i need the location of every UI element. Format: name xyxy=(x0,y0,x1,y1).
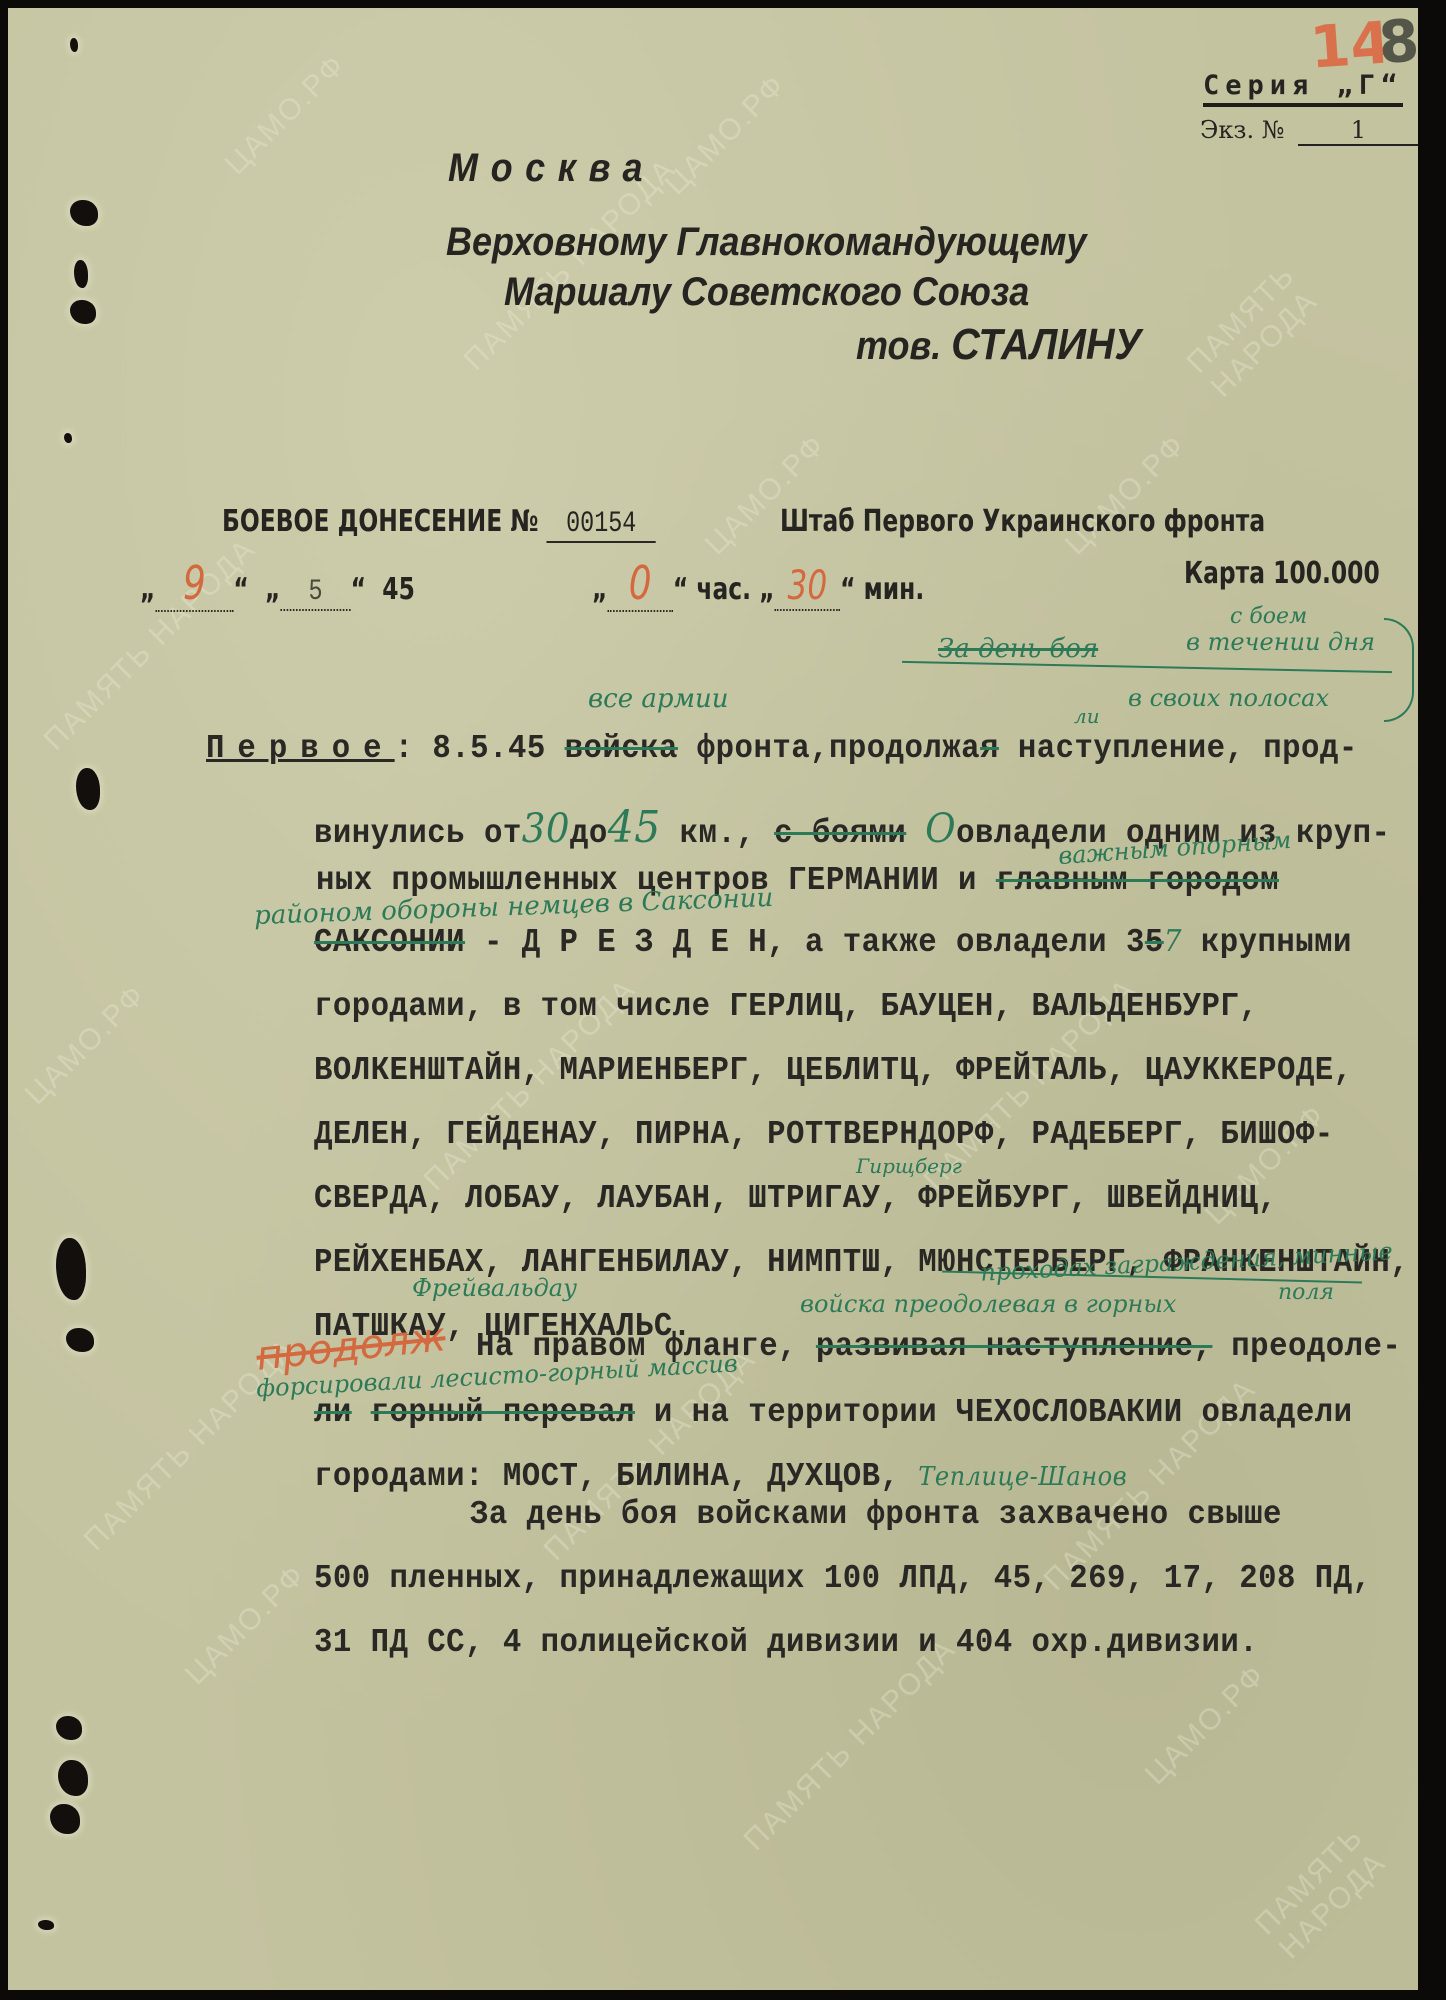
punch-hole xyxy=(56,1716,82,1740)
date-month: 5 xyxy=(280,575,350,611)
annotation-line xyxy=(902,661,1392,673)
annotation-text: поля xyxy=(1278,1280,1334,1305)
punch-hole xyxy=(70,200,98,226)
punch-hole xyxy=(74,260,88,288)
paragraph-2-line-2: ли горный перевал и на территории ЧЕХОСЛ… xyxy=(314,1394,1353,1431)
paragraph-1-line-7: ДЕЛЕН, ГЕЙДЕНАУ, ПИРНА, РОТТВЕРНДОРФ, РА… xyxy=(314,1116,1334,1153)
annotation-text: Фрейвальдау xyxy=(412,1274,577,1302)
watermark: ПАМЯТЬ НАРОДА xyxy=(1249,1798,1417,1966)
series-label: Серия „Г“ xyxy=(1203,70,1403,107)
paragraph-3-line-2: 500 пленных, принадлежащих 100 ЛПД, 45, … xyxy=(314,1560,1371,1597)
annotation-text: в течении дня xyxy=(1186,628,1375,656)
address-city: Москва xyxy=(448,146,655,191)
address-line2: Маршалу Советского Союза xyxy=(504,270,1029,315)
punch-hole xyxy=(56,1238,86,1300)
punch-hole xyxy=(64,433,72,443)
address-line1: Верховному Главнокомандующему xyxy=(446,220,1086,265)
paragraph-3-line-3: 31 ПД СС, 4 полицейской дивизии и 404 ох… xyxy=(314,1624,1258,1661)
annotation-text: Гирщберг xyxy=(856,1154,962,1178)
paragraph-1-line-8: СВЕРДА, ЛОБАУ, ЛАУБАН, ШТРИГАУ, ФРЕЙБУРГ… xyxy=(314,1180,1277,1217)
report-date: „9“ „5“ 45 xyxy=(140,556,415,612)
annotation-text: в своих полосах xyxy=(1128,684,1329,712)
document-page: ЦАМО.РФ ЦАМО.РФ ПАМЯТЬ НАРОДА ПАМЯТЬ НАР… xyxy=(8,8,1418,1990)
date-day: 9 xyxy=(155,556,233,612)
paragraph-1-line-1: Первое: 8.5.45 войска фронта,продолжая н… xyxy=(206,730,1358,767)
time-hour: 0 xyxy=(607,556,673,612)
date-year: 45 xyxy=(382,572,415,607)
punch-hole xyxy=(76,768,100,810)
punch-hole xyxy=(38,1920,54,1930)
annotation-text: ли xyxy=(1074,704,1100,728)
punch-hole xyxy=(70,300,96,324)
annotation-text: войска преодолевая в горных xyxy=(800,1290,1176,1318)
time-minute: 30 xyxy=(775,563,841,611)
copy-number: Экз. №1 xyxy=(1200,116,1418,146)
paragraph-1-line-6: ВОЛКЕНШТАЙН, МАРИЕНБЕРГ, ЦЕБЛИТЦ, ФРЕЙТА… xyxy=(314,1052,1353,1089)
watermark: ЦАМО.РФ xyxy=(179,1558,313,1692)
watermark: ПАМЯТЬ НАРОДА xyxy=(738,1632,963,1857)
annotation-text: все армии xyxy=(588,684,729,714)
map-scale: Карта 100.000 xyxy=(1184,556,1380,591)
paragraph-3-line-1: За день боя войсками фронта захвачено св… xyxy=(470,1496,1282,1533)
report-time: „0“ час. „30“ мин. xyxy=(592,556,924,612)
punch-hole xyxy=(70,38,78,52)
watermark: ЦАМО.РФ xyxy=(699,428,833,562)
annotation-bracket xyxy=(1384,618,1414,722)
report-number: 00154 xyxy=(547,507,656,543)
watermark: ЦАМО.РФ xyxy=(1139,1658,1273,1792)
watermark: ПАМЯТЬ НАРОДА xyxy=(1181,180,1406,405)
report-title: БОЕВОЕ ДОНЕСЕНИЕ № 00154 xyxy=(222,504,656,543)
watermark: ЦАМО.РФ xyxy=(659,68,793,202)
paragraph-1-line-4: САКСОНИИ - Д Р Е З Д Е Н, а также овладе… xyxy=(314,924,1352,961)
paragraph-1-line-5: городами, в том числе ГЕРЛИЦ, БАУЦЕН, ВА… xyxy=(314,988,1258,1025)
watermark: ЦАМО.РФ xyxy=(19,978,153,1112)
annotation-struck: За день боя xyxy=(938,634,1098,664)
punch-hole xyxy=(50,1804,80,1834)
watermark: ЦАМО.РФ xyxy=(219,48,353,182)
paragraph-2-line-3: городами: МОСТ, БИЛИНА, ДУХЦОВ, Теплице-… xyxy=(314,1458,1127,1495)
hq-name: Штаб Первого Украинского фронта xyxy=(780,504,1265,539)
watermark: ЦАМО.РФ xyxy=(1059,428,1193,562)
annotation-text: с боем xyxy=(1230,604,1307,629)
punch-hole xyxy=(66,1328,94,1352)
address-line3: тов. СТАЛИНУ xyxy=(856,320,1141,370)
punch-hole xyxy=(58,1760,88,1796)
